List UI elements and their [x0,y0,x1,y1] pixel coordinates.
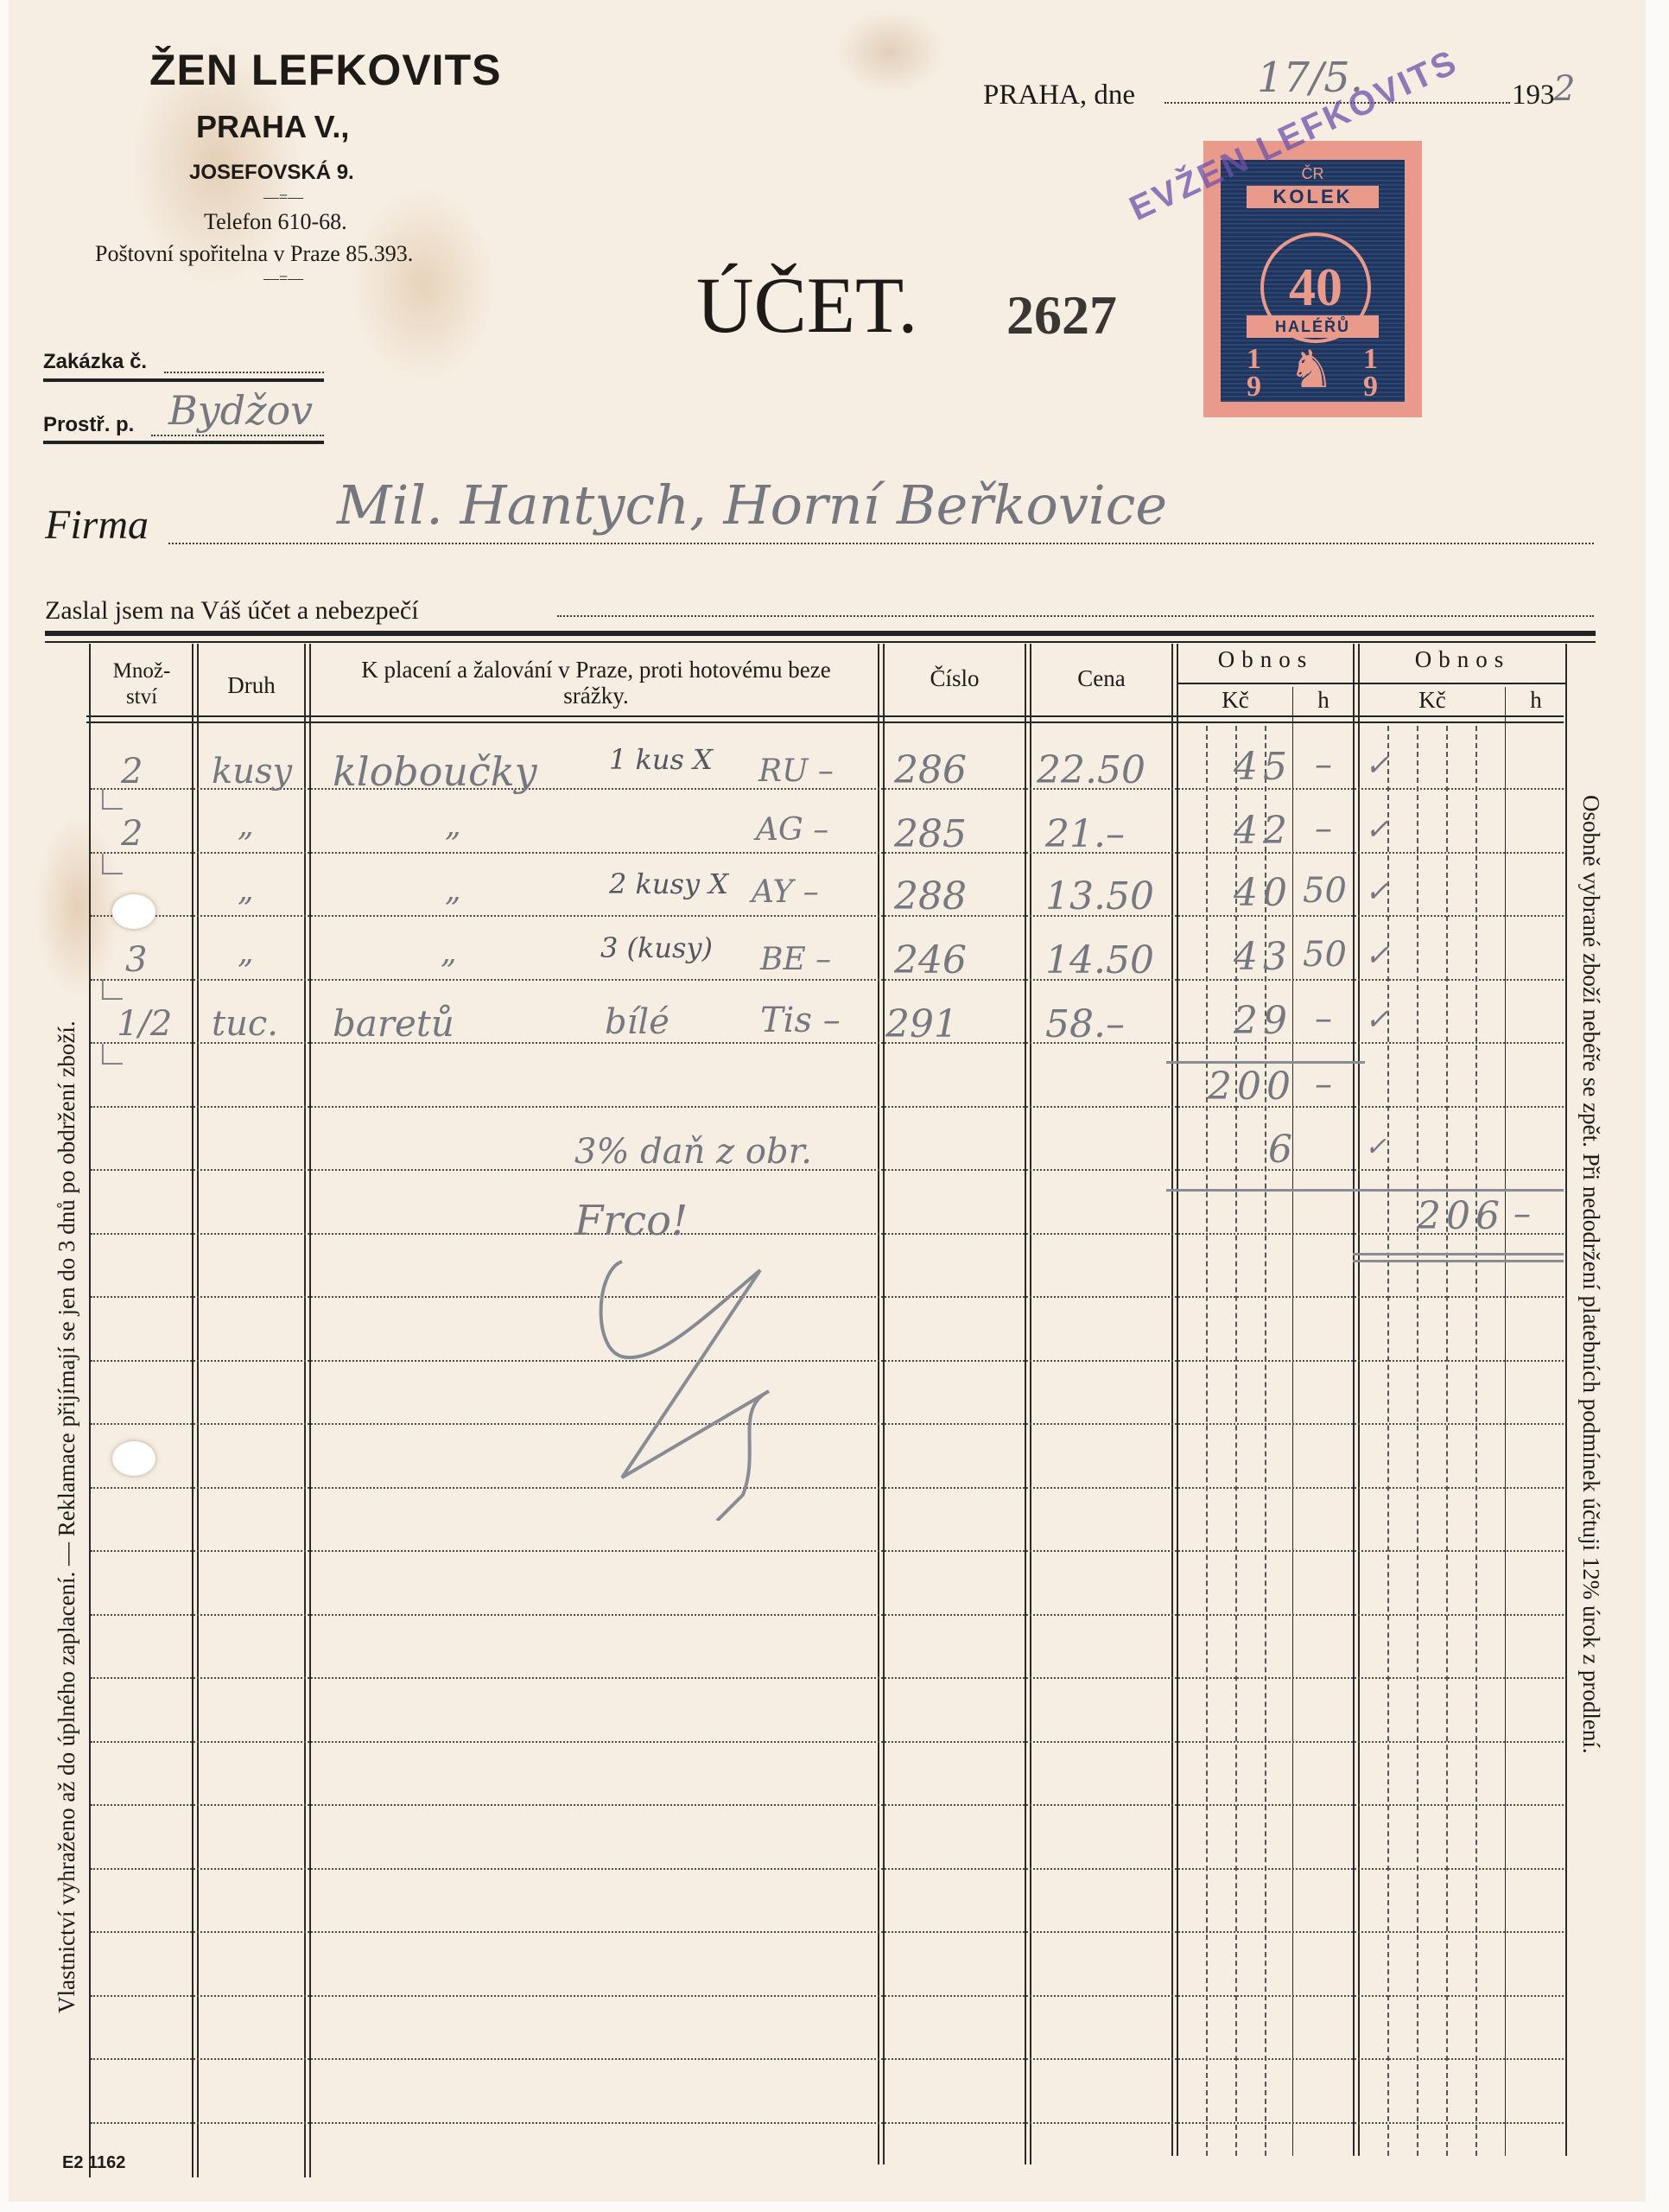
header-h-1: h [1294,687,1353,713]
row-price: 22.50 [1037,748,1145,792]
col-line [883,644,885,2164]
row-separator [91,1042,1564,1044]
row-separator [91,2122,1564,2124]
stamp-year-right: 19 [1363,346,1380,401]
company-phone: Telefon 610-68. [204,209,347,235]
right-side-note: Osobně vybrané zboží nebéře se zpět. Při… [1577,795,1604,1754]
col-line [192,644,194,2177]
qty-tick-icon: ∟ [95,968,129,1008]
header-kind: Druh [199,672,304,698]
row-separator [91,1995,1564,1997]
row-check-icon: ✓ [1365,938,1390,973]
punch-hole [112,894,155,929]
company-city: PRAHA V., [196,109,349,145]
row-h: 50 [1303,935,1347,975]
row-price: 58.– [1045,1002,1125,1046]
row-desc: baretů [333,1002,454,1045]
col-line [1505,687,1506,2156]
row-code: AG – [756,812,828,848]
order-label: Zakázka č. [43,350,147,374]
company-postal-savings: Poštovní spořitelna v Praze 85.393. [95,241,413,267]
row-kc: 42 [1234,809,1292,853]
row-price: 21.– [1045,812,1125,856]
row-separator [91,1233,1564,1235]
header-bottom-rule2 [86,721,1564,723]
firm-dotted-line [168,543,1594,544]
header-h-2: h [1507,687,1565,713]
header-price: Cena [1031,665,1171,691]
stamp-year-left: 19 [1247,346,1264,401]
row-kind: „ [238,935,254,970]
col-line [304,644,306,2177]
col-line [1025,644,1026,2164]
row-desc: „ [445,808,461,843]
row-code: RU – [758,753,834,789]
signature-scribble [587,1236,812,1521]
total-overline [1166,1189,1564,1192]
row-note: 1 kus X [609,743,713,776]
via-value[interactable]: Bydžov [168,387,313,434]
row-separator [91,1931,1564,1933]
col-line [1292,687,1293,2156]
tax-label: 3% daň z obr. [574,1132,812,1172]
col-line [197,644,199,2177]
year-suffix[interactable]: 2 [1553,69,1575,109]
separator-ornament: —=— [263,188,303,207]
row-separator [91,1868,1564,1870]
row-h: 50 [1303,871,1347,911]
stamp-unit: HALÉŘŮ [1247,315,1379,338]
qty-tick-icon: ∟ [95,1033,129,1073]
row-h: – [1315,999,1332,1039]
row-check-icon: ✓ [1365,1002,1390,1037]
row-number: 286 [894,748,967,792]
company-name: ŽEN LEFKOVITS [149,45,501,95]
header-amount-2: Obnos [1360,646,1565,672]
col-line [1030,644,1031,2164]
form-code: E2 1162 [62,2153,125,2173]
tax-kc: 6 [1268,1128,1292,1172]
row-desc: „ [441,935,457,970]
col-line [309,644,311,2177]
row-number: 288 [894,874,967,918]
row-note: 2 kusy X [609,868,728,900]
row-kind: tuc. [212,1004,278,1044]
col-line [1358,644,1360,2156]
col-line [1353,644,1355,2156]
row-code: Tis – [760,1001,841,1040]
company-street: JOSEFOVSKÁ 9. [189,161,354,185]
separator-ornament: —=— [263,270,303,288]
kc-digit-guide [1206,726,1208,2156]
firm-label: Firma [45,501,149,549]
row-number: 246 [894,938,967,982]
row-separator [91,915,1564,917]
row-separator [91,1741,1564,1743]
row-separator [91,1423,1564,1425]
row-price: 14.50 [1045,938,1154,982]
row-separator [91,1360,1564,1362]
left-side-note: Vlastnictví vyhraženo až do úplného zapl… [54,1020,80,2013]
total-double-underline [1353,1253,1564,1255]
row-separator [91,1106,1564,1108]
row-desc: „ [445,873,461,908]
qty-tick-icon: ∟ [95,842,129,883]
header-number: Číslo [885,665,1025,691]
header-description: K placení a žalování v Praze, proti hoto… [328,657,864,709]
row-kc: 43 [1234,935,1292,979]
sent-dotted-line [557,615,1594,617]
subtotal-h: – [1315,1065,1332,1104]
header-amount-1: Obnos [1178,646,1353,672]
row-desc: kloboučky [333,748,537,795]
row-h: – [1315,809,1332,849]
row-separator [91,979,1564,981]
via-dotted-line [151,435,324,436]
row-code: AY – [752,874,819,910]
row-separator [91,1169,1564,1171]
kc-digit-guide [1417,726,1418,2156]
row-h: – [1315,745,1332,785]
row-separator [91,1550,1564,1552]
row-note: 3 (kusy) [600,931,713,964]
row-separator [91,1614,1564,1616]
row-check-icon: ✓ [1365,748,1390,783]
row-kind: „ [238,873,254,908]
row-price: 13.50 [1045,874,1154,918]
year-prefix: 193 [1512,79,1555,111]
row-kc: 40 [1234,871,1292,915]
obnos-subheader-rule [1177,683,1565,684]
row-number: 285 [894,812,967,856]
punch-hole [112,1441,155,1476]
kc-digit-guide [1446,726,1448,2156]
invoice-number: 2627 [1006,283,1117,347]
row-separator [91,2058,1564,2060]
row-separator [91,1804,1564,1806]
subtotal-kc: 200 [1208,1065,1296,1109]
header-quantity: Množ- ství [91,658,193,710]
row-kc: 45 [1234,745,1292,789]
qty-tick-icon: ∟ [95,778,129,818]
col-line [1177,644,1178,2156]
total-h: – [1514,1194,1531,1234]
sent-label: Zaslal jsem na Váš účet a nebezpečí [45,596,419,626]
order-dotted-line [164,372,324,373]
row-separator [91,1487,1564,1489]
col-line [878,644,879,2164]
stamp-header: KOLEK [1247,186,1379,208]
col-line [89,644,91,2177]
lion-icon: ♞ [1281,340,1342,400]
via-rule [43,441,324,444]
row-separator [91,852,1564,854]
row-check-icon: ✓ [1365,874,1390,909]
total-kc: 206 [1417,1194,1505,1238]
row-code: BE – [760,942,831,977]
via-label: Prostř. p. [43,413,134,437]
order-rule [43,378,324,382]
row-kind: kusy [212,752,292,791]
row-check-icon: ✓ [1365,812,1390,847]
row-separator [91,1677,1564,1679]
subtotal-underline [1166,1061,1365,1064]
table-top-thick-rule [45,631,1596,636]
header-kc-1: Kč [1178,687,1292,713]
kc-digit-guide [1475,726,1477,2156]
firm-value[interactable]: Mil. Hantych, Horní Beřkovice [337,474,1167,537]
row-kind: „ [238,808,254,843]
table-top-thin-rule [45,641,1596,643]
header-kc-2: Kč [1360,687,1505,713]
row-note: bílé [605,1002,670,1042]
col-line [1565,644,1567,2156]
total-double-underline [1353,1260,1564,1262]
tax-check-icon: ✓ [1365,1132,1387,1162]
date-label: PRAHA, dne [983,79,1135,111]
row-number: 291 [885,1002,958,1046]
header-bottom-rule [86,715,1564,717]
col-line [1171,644,1173,2156]
row-separator [91,1296,1564,1298]
row-kc: 29 [1234,999,1292,1043]
invoice-title: ÚČET. [696,259,917,351]
